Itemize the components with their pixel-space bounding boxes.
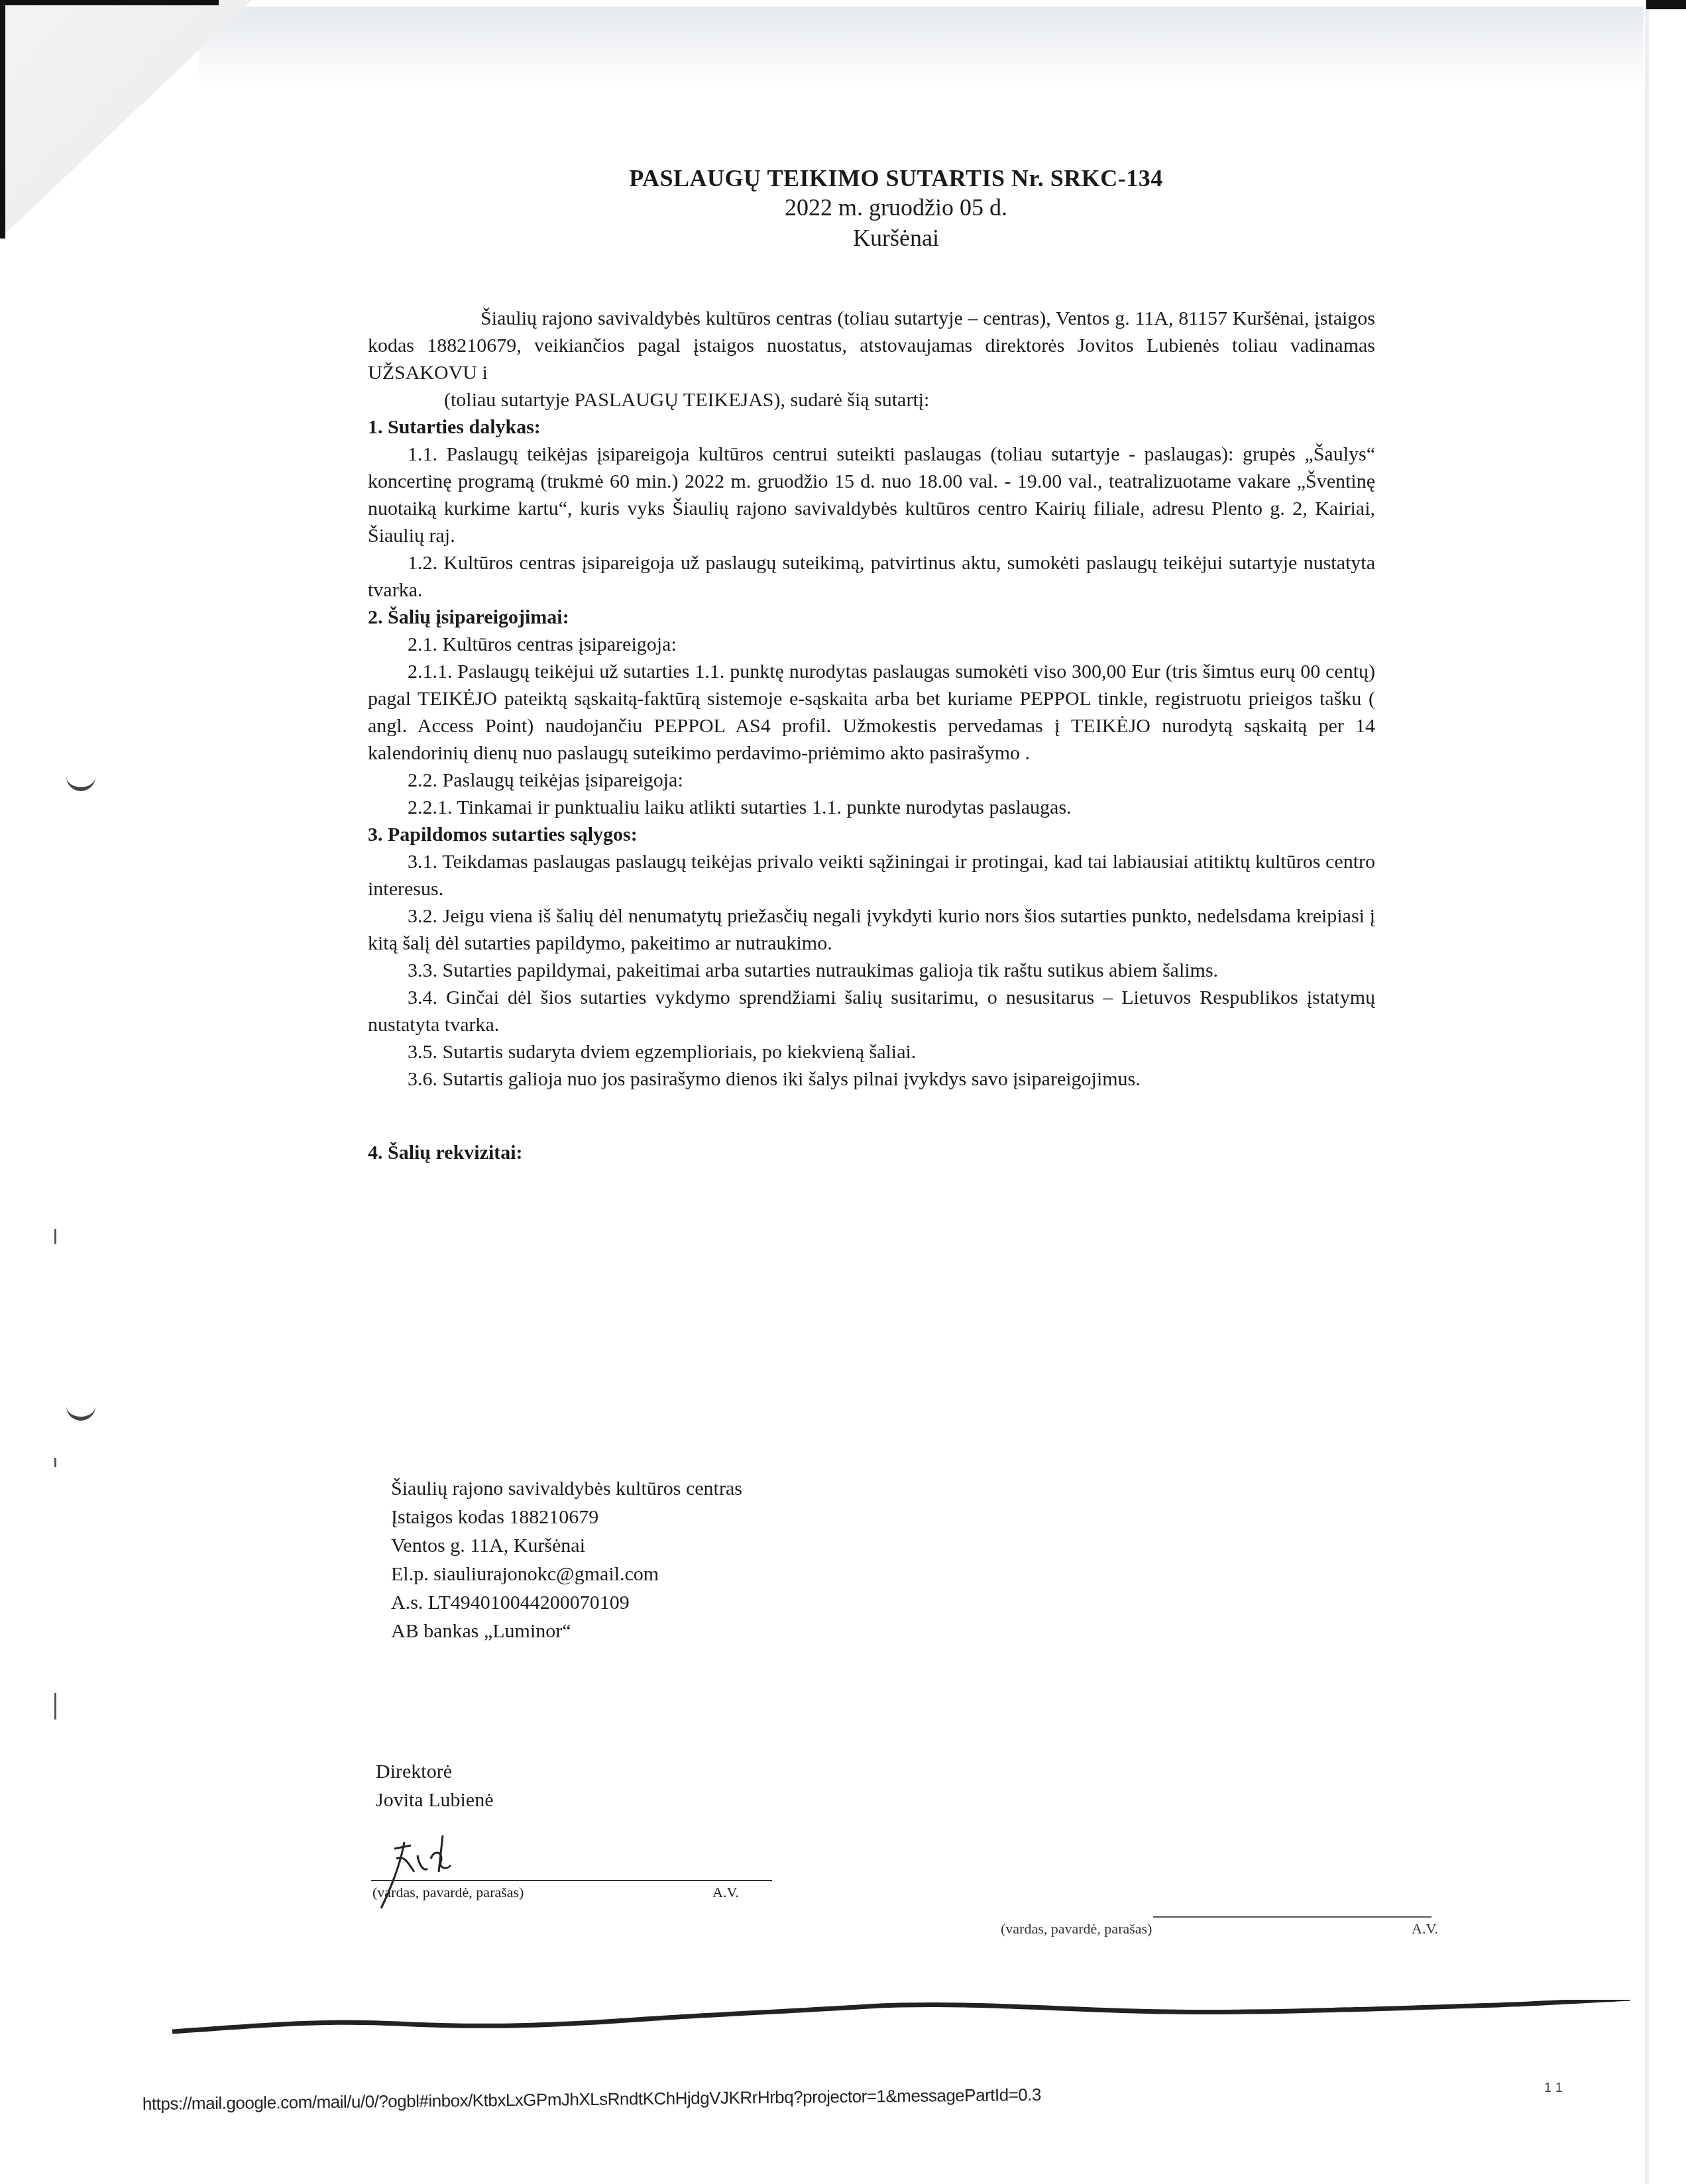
contract-place: Kuršėnai bbox=[106, 223, 1686, 253]
hand-drawn-divider bbox=[172, 2000, 1630, 2046]
stray-mark bbox=[54, 1458, 56, 1467]
page-number: 1 1 bbox=[1544, 2081, 1563, 2096]
scan-shadow bbox=[199, 7, 1644, 86]
scan-border bbox=[0, 0, 219, 5]
seal-placeholder: A.V. bbox=[712, 1884, 739, 1901]
clause-1-1: 1.1. Paslaugų teikėjas įsipareigoja kult… bbox=[368, 441, 1375, 549]
requisite-account: A.s. LT494010044200070109 bbox=[391, 1588, 742, 1617]
page-edge bbox=[1645, 0, 1649, 2184]
requisite-email: El.p. siauliurajonokc@gmail.com bbox=[391, 1560, 742, 1588]
seal-placeholder: A.V. bbox=[1412, 1920, 1438, 1938]
signature-line bbox=[371, 1880, 772, 1881]
requisite-org-name: Šiaulių rajono savivaldybės kultūros cen… bbox=[391, 1474, 742, 1503]
section-heading: 4. Šalių rekvizitai: bbox=[368, 1139, 1375, 1166]
clause-2-1-1: 2.1.1. Paslaugų teikėjui už sutarties 1.… bbox=[368, 658, 1375, 767]
section-heading: 1. Sutarties dalykas: bbox=[368, 413, 1375, 441]
contract-date: 2022 m. gruodžio 05 d. bbox=[106, 192, 1686, 223]
clause-2-2-1: 2.2.1. Tinkamai ir punktualiu laiku atli… bbox=[368, 794, 1375, 821]
clause-3-5: 3.5. Sutartis sudaryta dviem egzempliori… bbox=[368, 1038, 1375, 1065]
clause-3-6: 3.6. Sutartis galioja nuo jos pasirašymo… bbox=[368, 1065, 1375, 1093]
signatory-block: Direktorė Jovita Lubienė bbox=[376, 1757, 493, 1814]
punch-hole-mark bbox=[66, 1398, 95, 1421]
preamble-provider: (toliau sutartyje PASLAUGŲ TEIKEJAS), su… bbox=[444, 386, 1375, 413]
scan-border bbox=[1646, 0, 1686, 9]
requisite-bank: AB bankas „Luminor“ bbox=[391, 1617, 742, 1645]
stray-mark bbox=[54, 1229, 56, 1244]
requisite-org-code: Įstaigos kodas 188210679 bbox=[391, 1503, 742, 1531]
clause-3-4: 3.4. Ginčai dėl šios sutarties vykdymo s… bbox=[368, 984, 1375, 1038]
party-requisites: Šiaulių rajono savivaldybės kultūros cen… bbox=[391, 1474, 742, 1645]
section-heading: 2. Šalių įsipareigojimai: bbox=[368, 604, 1375, 631]
clause-3-3: 3.3. Sutarties papildymai, pakeitimai ar… bbox=[368, 957, 1375, 984]
signatory-role: Direktorė bbox=[376, 1757, 493, 1786]
section-heading: 3. Papildomos sutarties sąlygos: bbox=[368, 821, 1375, 848]
signatory-name: Jovita Lubienė bbox=[376, 1786, 493, 1814]
signature-line bbox=[1153, 1916, 1432, 1918]
contract-body: Šiaulių rajono savivaldybės kultūros cen… bbox=[368, 305, 1375, 1166]
contract-title: PASLAUGŲ TEIKIMO SUTARTIS Nr. SRKC-134 bbox=[106, 164, 1686, 192]
clause-2-1: 2.1. Kultūros centras įsipareigoja: bbox=[368, 631, 1375, 658]
clause-1-2: 1.2. Kultūros centras įsipareigoja už pa… bbox=[368, 549, 1375, 604]
signature-caption: (vardas, pavardė, parašas) bbox=[372, 1884, 524, 1901]
punch-hole-mark bbox=[66, 769, 95, 791]
print-url-footer: https://mail.google.com/mail/u/0/?ogbl#i… bbox=[142, 2085, 1041, 2114]
requisite-address: Ventos g. 11A, Kuršėnai bbox=[391, 1531, 742, 1560]
clause-3-1: 3.1. Teikdamas paslaugas paslaugų teikėj… bbox=[368, 848, 1375, 902]
document-header: PASLAUGŲ TEIKIMO SUTARTIS Nr. SRKC-134 2… bbox=[0, 164, 1686, 253]
preamble-parties: Šiaulių rajono savivaldybės kultūros cen… bbox=[368, 305, 1375, 386]
clause-2-2: 2.2. Paslaugų teikėjas įsipareigoja: bbox=[368, 767, 1375, 794]
stray-mark bbox=[54, 1693, 56, 1720]
signature-caption: (vardas, pavardė, parašas) bbox=[1001, 1920, 1152, 1938]
clause-3-2: 3.2. Jeigu viena iš šalių dėl nenumatytų… bbox=[368, 902, 1375, 957]
